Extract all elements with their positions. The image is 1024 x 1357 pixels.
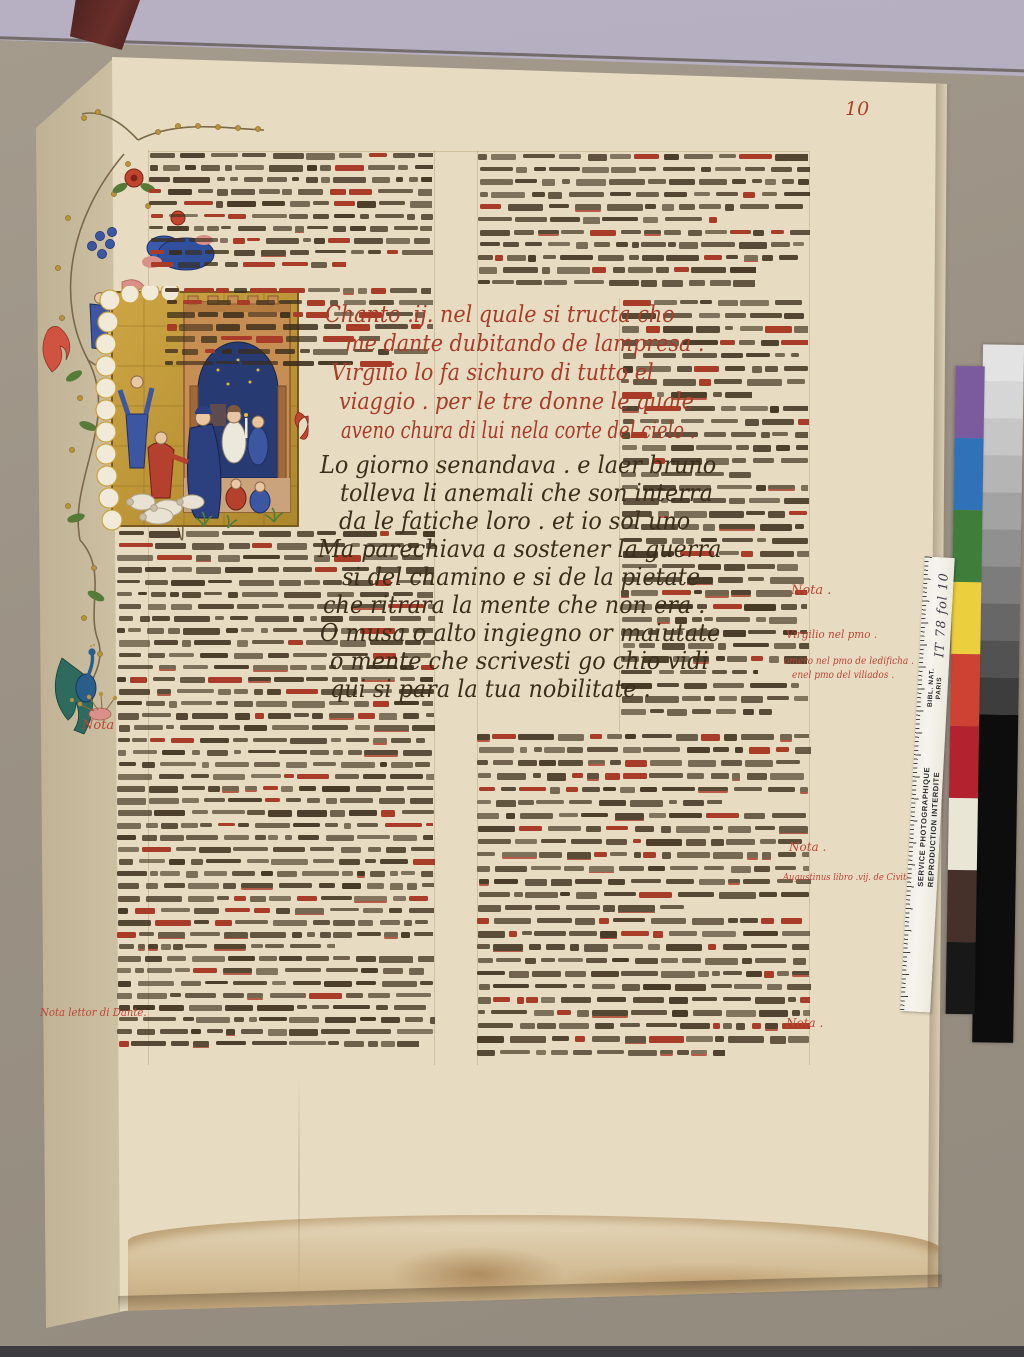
color-swatch bbox=[948, 798, 978, 870]
gray-swatch bbox=[980, 529, 1022, 567]
label-bibl-nat: BIBL. NAT. PARIS bbox=[927, 668, 945, 708]
calibration-group: IT 78 fol 10 BIBL. NAT. PARIS SERVICE PH… bbox=[0, 0, 1024, 1357]
black-panel bbox=[972, 714, 1018, 1043]
color-swatch bbox=[947, 870, 977, 942]
gray-swatch bbox=[980, 492, 1022, 530]
color-swatch bbox=[955, 366, 985, 438]
color-swatch bbox=[953, 438, 983, 510]
gray-swatch bbox=[978, 640, 1020, 678]
gray-swatch bbox=[981, 455, 1023, 493]
color-swatch bbox=[946, 942, 976, 1014]
gray-swatch bbox=[977, 677, 1019, 715]
label-handwritten-shelfmark: IT 78 fol 10 bbox=[931, 572, 951, 658]
gray-swatch bbox=[981, 418, 1023, 456]
color-swatch bbox=[950, 654, 980, 726]
color-swatch bbox=[951, 582, 981, 654]
gray-swatch bbox=[978, 603, 1020, 641]
gray-swatch bbox=[982, 381, 1024, 419]
photograph: Chanto .ij. nel quale si tructa cho me d… bbox=[0, 0, 1024, 1357]
gray-swatch bbox=[979, 566, 1021, 604]
label-service-photographique: SERVICE PHOTOGRAPHIQUE REPRODUCTION INTE… bbox=[916, 767, 941, 888]
gray-swatch bbox=[983, 344, 1024, 382]
color-swatch bbox=[949, 726, 979, 798]
color-swatch bbox=[952, 510, 982, 582]
